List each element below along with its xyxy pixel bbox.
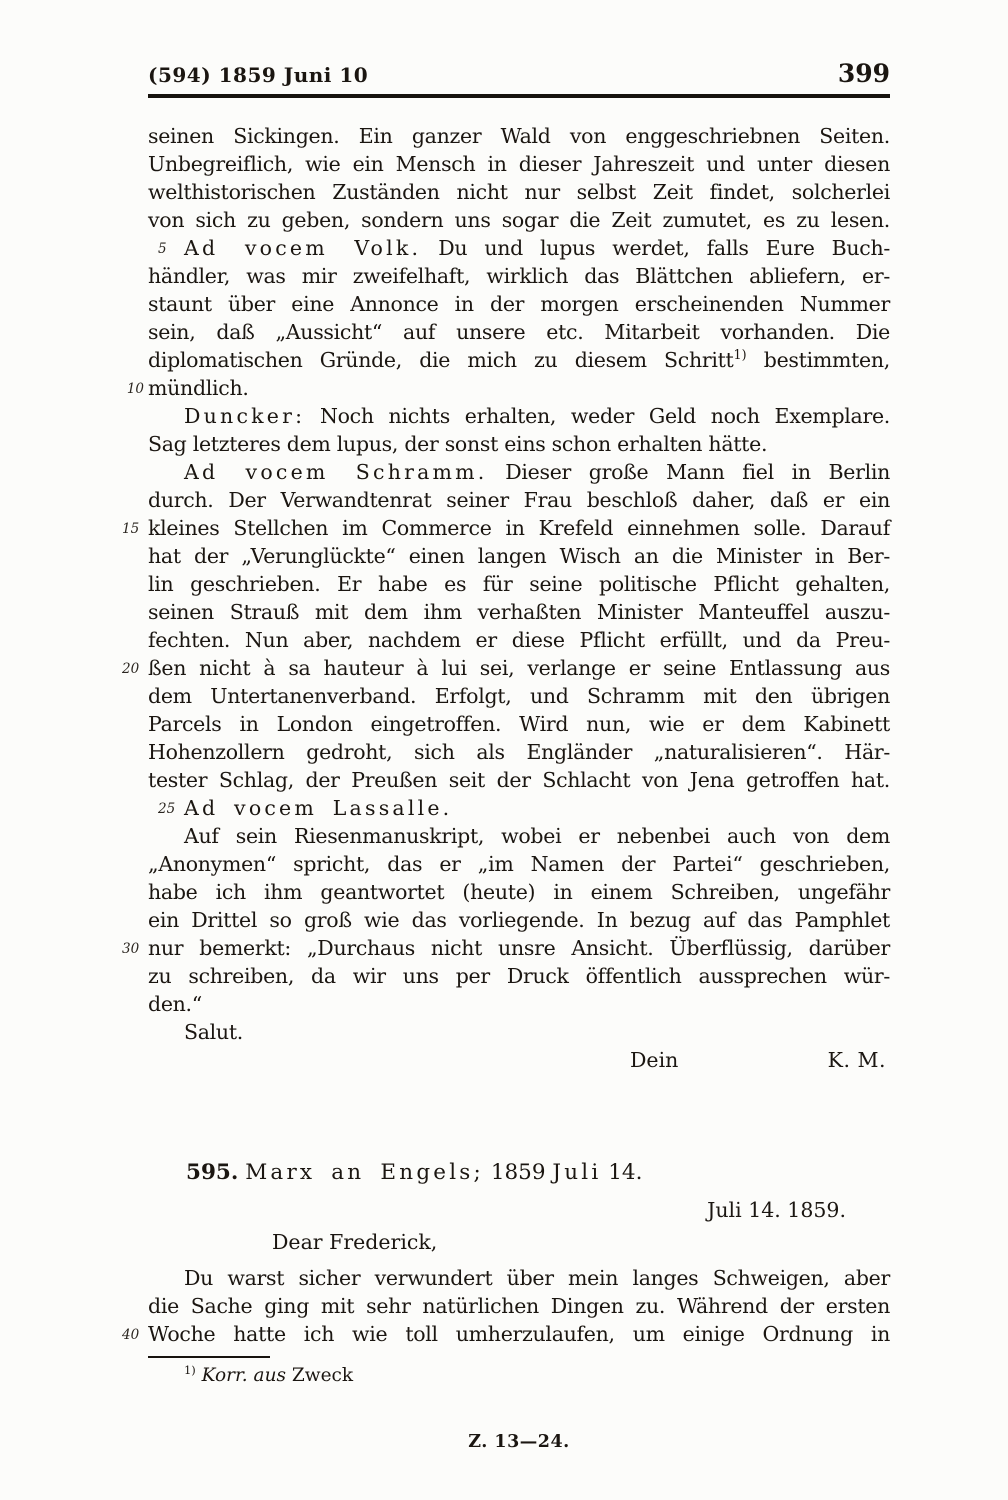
text-line: zu schreiben, da wir uns per Druck öffen…: [148, 962, 890, 990]
text-segment: Parcels in London eingetroffen. Wird nun…: [148, 712, 890, 736]
book-page: (594) 1859 Juni 10 399 seinen Sickingen.…: [0, 0, 1008, 1500]
text-line: händler, was mir zweifelhaft, wirklich d…: [148, 262, 890, 290]
text-segment: „Anonymen“ spricht, das er „im Namen der…: [148, 852, 890, 876]
text-line: Salut.: [148, 1018, 890, 1046]
text-line: lin geschrieben. Er habe es für seine po…: [148, 570, 890, 598]
text-segment: hat der „Verunglückte“ einen langen Wisc…: [148, 544, 890, 568]
text-line: ein Drittel so groß wie das vorliegende.…: [148, 906, 890, 934]
text-segment: seinen Sickingen. Ein ganzer Wald von en…: [148, 124, 890, 148]
text-segment: Zweck: [286, 1365, 353, 1386]
letter-595-heading: 595. Marx an Engels; 1859 Juli 14.: [148, 1158, 890, 1188]
header-rule: [148, 94, 890, 98]
text-segment: Dieser große Mann fiel in Berlin: [488, 460, 890, 484]
text-segment: diplomatischen Gründe, die mich zu diese…: [148, 348, 733, 372]
footnote-rule: [148, 1356, 270, 1359]
text-segment: nur bemerkt: „Durchaus nicht unsre Ansic…: [148, 936, 890, 960]
margin-line-number: 30: [122, 935, 144, 963]
text-segment: mündlich.: [148, 376, 249, 400]
text-line: diplomatischen Gründe, die mich zu diese…: [148, 346, 890, 374]
footnote-marker: 1): [733, 347, 746, 362]
text-block: (594) 1859 Juni 10 399 seinen Sickingen.…: [148, 60, 890, 1392]
text-line: 25Ad vocem Lassalle.: [148, 794, 890, 822]
text-line: die Sache ging mit sehr natürlichen Ding…: [148, 1292, 890, 1320]
text-segment: welthistorischen Zuständen nicht nur sel…: [148, 180, 890, 204]
signature-dein: Dein: [630, 1046, 678, 1074]
letter-595-dateline: Juli 14. 1859.: [148, 1196, 890, 1224]
text-line: Auf sein Riesenmanuskript, wobei er nebe…: [148, 822, 890, 850]
margin-line-number: 10: [122, 375, 144, 403]
text-segment: durch. Der Verwandtenrat seiner Frau bes…: [148, 488, 890, 512]
text-line: seinen Sickingen. Ein ganzer Wald von en…: [148, 122, 890, 150]
text-line: den.“: [148, 990, 890, 1018]
text-line: tester Schlag, der Preußen seit der Schl…: [148, 766, 890, 794]
text-line: „Anonymen“ spricht, das er „im Namen der…: [148, 850, 890, 878]
margin-line-number: 25: [122, 795, 144, 823]
text-segment: Noch nichts erhalten, weder Geld noch Ex…: [305, 404, 890, 428]
text-line: 5Ad vocem Volk. Du und lupus werdet, fal…: [148, 234, 890, 262]
signature-line: Dein K. M.: [148, 1046, 890, 1074]
text-segment: seinen Strauß mit dem ihm verhaßten Mini…: [148, 600, 890, 624]
text-segment: Hohenzollern gedroht, sich als Engländer…: [148, 740, 890, 764]
apparatus-note: Z. 13—24.: [148, 1432, 890, 1452]
text-segment: Ad vocem Lassalle.: [184, 796, 452, 820]
text-segment: sein, daß „Aussicht“ auf unsere etc. Mit…: [148, 320, 890, 344]
text-line: 10mündlich.: [148, 374, 890, 402]
text-line: von sich zu geben, sondern uns sogar die…: [148, 206, 890, 234]
text-line: Unbegreiflich, wie ein Mensch in dieser …: [148, 150, 890, 178]
text-segment: Du und lupus werdet, falls Eure Buch-: [421, 236, 890, 260]
text-segment: Sag letzteres dem lupus, der sonst eins …: [148, 432, 767, 456]
text-segment: Ad vocem Schramm.: [184, 460, 488, 484]
margin-line-number: 20: [122, 655, 144, 683]
text-segment: tester Schlag, der Preußen seit der Schl…: [148, 768, 890, 792]
margin-line-number: 15: [122, 515, 144, 543]
text-segment: fechten. Nun aber, nachdem er diese Pfli…: [148, 628, 890, 652]
page-number: 399: [838, 60, 890, 88]
text-line: Du warst sicher verwundert über mein lan…: [148, 1264, 890, 1292]
text-segment: händler, was mir zweifelhaft, wirklich d…: [148, 264, 890, 288]
text-segment: Duncker:: [184, 404, 305, 428]
header-letter-info: (594) 1859 Juni 10: [148, 61, 368, 89]
text-segment: 595.: [186, 1160, 238, 1185]
text-segment: von sich zu geben, sondern uns sogar die…: [148, 208, 890, 232]
text-segment: dem Untertanenverband. Erfolgt, und Schr…: [148, 684, 890, 708]
text-line: hat der „Verunglückte“ einen langen Wisc…: [148, 542, 890, 570]
text-segment: Juli: [552, 1160, 601, 1185]
text-segment: Unbegreiflich, wie ein Mensch in dieser …: [148, 152, 890, 176]
text-segment: ßen nicht à sa hauteur à lui sei, verlan…: [148, 656, 890, 680]
text-segment: zu schreiben, da wir uns per Druck öffen…: [148, 964, 890, 988]
text-line: welthistorischen Zuständen nicht nur sel…: [148, 178, 890, 206]
text-segment: habe ich ihm geantwortet (heute) in eine…: [148, 880, 890, 904]
text-line: Sag letzteres dem lupus, der sonst eins …: [148, 430, 890, 458]
text-segment: Du warst sicher verwundert über mein lan…: [184, 1266, 890, 1290]
text-segment: die Sache ging mit sehr natürlichen Ding…: [148, 1294, 890, 1318]
letter-595-body: Du warst sicher verwundert über mein lan…: [148, 1264, 890, 1348]
text-line: 20ßen nicht à sa hauteur à lui sei, verl…: [148, 654, 890, 682]
text-line: 15kleines Stellchen im Commerce in Krefe…: [148, 514, 890, 542]
text-line: habe ich ihm geantwortet (heute) in eine…: [148, 878, 890, 906]
text-segment: Ad vocem Volk.: [184, 236, 421, 260]
text-line: sein, daß „Aussicht“ auf unsere etc. Mit…: [148, 318, 890, 346]
text-line: Hohenzollern gedroht, sich als Engländer…: [148, 738, 890, 766]
text-line: 595. Marx an Engels; 1859 Juli 14.: [148, 1158, 890, 1188]
text-line: fechten. Nun aber, nachdem er diese Pfli…: [148, 626, 890, 654]
text-line: Ad vocem Schramm. Dieser große Mann fiel…: [148, 458, 890, 486]
text-segment: Auf sein Riesenmanuskript, wobei er nebe…: [184, 824, 890, 848]
text-segment: Marx an Engels;: [245, 1160, 484, 1185]
text-segment: kleines Stellchen im Commerce in Krefeld…: [148, 516, 890, 540]
text-segment: ein Drittel so groß wie das vorliegende.…: [148, 908, 890, 932]
text-segment: bestimmten,: [747, 348, 890, 372]
letter-594-body: seinen Sickingen. Ein ganzer Wald von en…: [148, 122, 890, 1046]
running-header: (594) 1859 Juni 10 399: [148, 60, 890, 89]
text-segment: Woche hatte ich wie toll umherzulaufen, …: [148, 1322, 890, 1346]
text-line: 1) Korr. aus Zweck: [148, 1364, 890, 1392]
text-line: durch. Der Verwandtenrat seiner Frau bes…: [148, 486, 890, 514]
text-line: dem Untertanenverband. Erfolgt, und Schr…: [148, 682, 890, 710]
text-line: Parcels in London eingetroffen. Wird nun…: [148, 710, 890, 738]
footnote: 1) Korr. aus Zweck: [148, 1364, 890, 1392]
text-segment: Salut.: [184, 1020, 243, 1044]
margin-line-number: 5: [122, 235, 144, 263]
text-segment: staunt über eine Annonce in der morgen e…: [148, 292, 890, 316]
text-line: 40Woche hatte ich wie toll umherzulaufen…: [148, 1320, 890, 1348]
text-line: 30nur bemerkt: „Durchaus nicht unsre Ans…: [148, 934, 890, 962]
text-line: Duncker: Noch nichts erhalten, weder Gel…: [148, 402, 890, 430]
footnote-marker: 1): [184, 1363, 196, 1377]
text-segment: 1859: [484, 1160, 552, 1185]
signature-initials: K. M.: [828, 1046, 886, 1074]
margin-line-number: 40: [122, 1321, 144, 1349]
text-segment: Korr. aus: [202, 1365, 286, 1386]
text-line: staunt über eine Annonce in der morgen e…: [148, 290, 890, 318]
text-segment: 14.: [601, 1160, 642, 1185]
text-line: seinen Strauß mit dem ihm verhaßten Mini…: [148, 598, 890, 626]
letter-595-salutation: Dear Frederick,: [148, 1228, 890, 1256]
text-segment: den.“: [148, 992, 202, 1016]
text-segment: lin geschrieben. Er habe es für seine po…: [148, 572, 890, 596]
